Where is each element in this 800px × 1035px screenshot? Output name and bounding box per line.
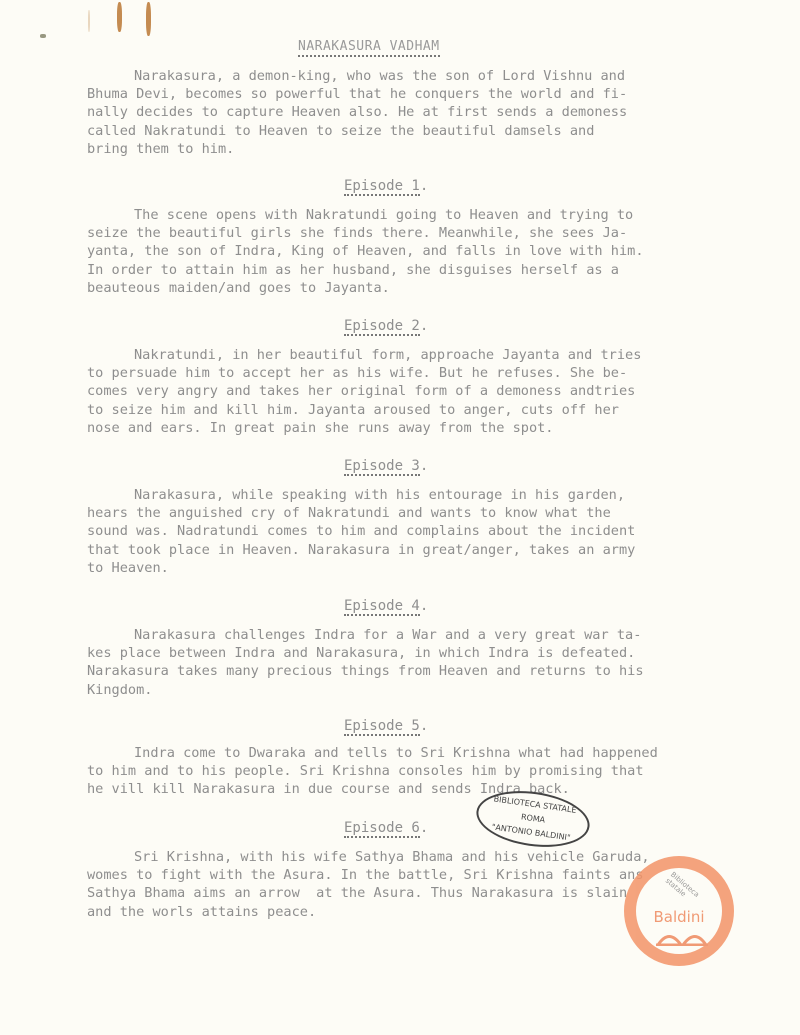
text-line: Narakasura, a demon-king, who was the so… [134, 67, 625, 85]
text-line: The scene opens with Nakratundi going to… [134, 206, 633, 224]
text-line: Kingdom. [87, 681, 152, 699]
baldini-logo: Biblioteca statale Baldini [624, 856, 734, 966]
rust-stain [40, 34, 46, 38]
episode-heading-text: Episode 1 [344, 178, 420, 196]
episode-heading: Episode 1. [344, 178, 428, 194]
episode-heading-text: Episode 3 [344, 458, 420, 476]
text-line: comes very angry and takes her original … [87, 382, 635, 400]
episode-heading: Episode 3. [344, 458, 428, 474]
rust-stain [88, 10, 90, 32]
text-line: womes to fight with the Asura. In the ba… [87, 866, 644, 884]
text-line: Narakasura takes many precious things fr… [87, 662, 644, 680]
episode-heading-text: Episode 4 [344, 598, 420, 616]
text-line: Narakasura challenges Indra for a War an… [134, 626, 641, 644]
text-line: and the worls attains peace. [87, 903, 316, 921]
text-line: called Nakratundi to Heaven to seize the… [87, 122, 594, 140]
text-line: yanta, the son of Indra, King of Heaven,… [87, 242, 644, 260]
episode-heading-text: Episode 2 [344, 318, 420, 336]
rust-stain [117, 2, 122, 32]
text-line: In order to attain him as her husband, s… [87, 261, 619, 279]
library-stamp: BIBLIOTECA STATALE ROMA "ANTONIO BALDINI… [473, 784, 593, 853]
text-line: Nakratundi, in her beautiful form, appro… [134, 346, 641, 364]
text-line: to him and to his people. Sri Krishna co… [87, 762, 644, 780]
text-line: sound was. Nadratundi comes to him and c… [87, 522, 635, 540]
document-page: NARAKASURA VADHAM Narakasura, a demon-ki… [0, 0, 800, 1035]
episode-heading: Episode 4. [344, 598, 428, 614]
text-line: beauteous maiden/and goes to Jayanta. [87, 279, 390, 297]
text-line: to Heaven. [87, 559, 169, 577]
text-line: hears the anguished cry of Nakratundi an… [87, 504, 611, 522]
text-line: Sathya Bhama aims an arrow at the Asura.… [87, 884, 627, 902]
episode-heading-text: Episode 6 [344, 820, 420, 838]
text-line: nally decides to capture Heaven also. He… [87, 103, 627, 121]
text-line: bring them to him. [87, 140, 234, 158]
logo-name: Baldini [636, 908, 722, 926]
episode-heading: Episode 5. [344, 718, 428, 734]
text-line: Narakasura, while speaking with his ento… [134, 486, 625, 504]
text-line: kes place between Indra and Narakasura, … [87, 644, 635, 662]
episode-heading-text: Episode 5 [344, 718, 420, 736]
text-line: to persuade him to accept her as his wif… [87, 364, 627, 382]
text-line: nose and ears. In great pain she runs aw… [87, 419, 554, 437]
text-line: to seize him and kill him. Jayanta arous… [87, 401, 619, 419]
episode-heading: Episode 2. [344, 318, 428, 334]
text-line: Sri Krishna, with his wife Sathya Bhama … [134, 848, 650, 866]
document-title: NARAKASURA VADHAM [298, 39, 440, 57]
text-line: Indra come to Dwaraka and tells to Sri K… [134, 744, 658, 762]
open-book-icon [656, 930, 708, 946]
text-line: that took place in Heaven. Narakasura in… [87, 541, 635, 559]
text-line: Bhuma Devi, becomes so powerful that he … [87, 85, 627, 103]
rust-stain [146, 2, 151, 36]
text-line: seize the beautiful girls she finds ther… [87, 224, 627, 242]
episode-heading: Episode 6. [344, 820, 428, 836]
